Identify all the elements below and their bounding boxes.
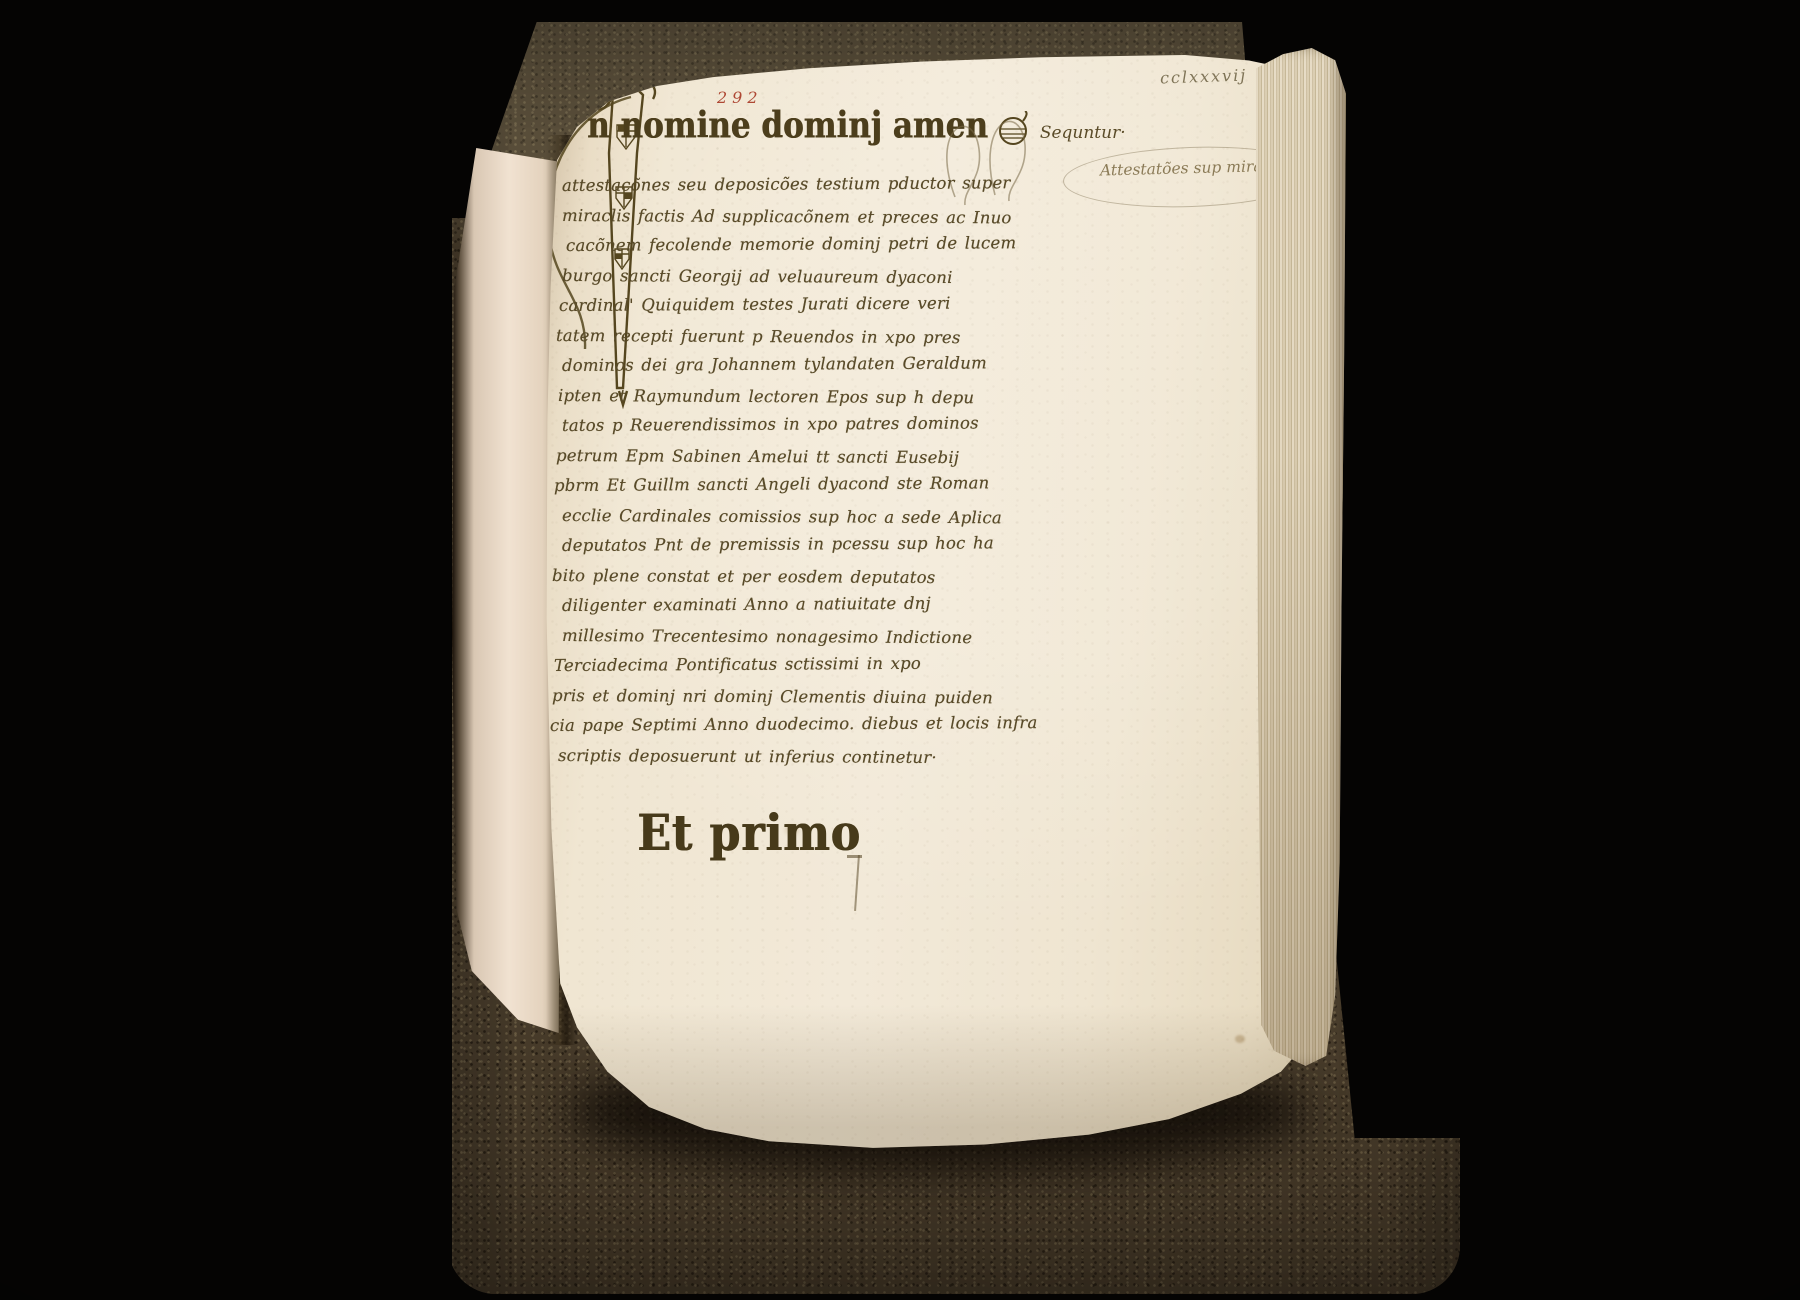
manuscript-page: cclxxxvij 292 Attestatões sup miraclis· [545, 55, 1345, 1160]
tironian-mark-icon [847, 855, 865, 913]
text-line: cacõnem fecolende memorie dominj petri d… [566, 228, 992, 261]
text-block: attestacõnes seu deposicões testium pduc… [562, 171, 992, 771]
text-line: scriptis deposuerunt ut inferius contine… [558, 741, 992, 773]
fore-edge [1256, 48, 1346, 1066]
text-line: cardinal' Quiquidem testes Jurati dicere… [559, 288, 992, 321]
text-line: diligenter examinati Anno a natiuitate d… [562, 588, 992, 621]
folio-number: cclxxxvij [1160, 65, 1248, 87]
text-line: cia pape Septimi Anno duodecimo. diebus … [550, 708, 992, 741]
text-line: Terciadecima Pontificatus sctissimi in x… [554, 648, 992, 681]
heading-line: n nomine dominj amen Sequntur· [587, 111, 1126, 147]
display-line-et-primo: Et primo [637, 805, 861, 862]
heading-tail-text: Sequntur· [1040, 123, 1126, 147]
text-line: pbrm Et Guillm sancti Angeli dyacond ste… [554, 468, 992, 501]
backdrop-left [0, 0, 452, 1300]
text-line: tatos p Reuerendissimos in xpo patres do… [562, 408, 992, 441]
manuscript-photo: cclxxxvij 292 Attestatões sup miraclis· [0, 0, 1800, 1300]
tironian-mark-stem [854, 855, 860, 911]
heading-display-text: n nomine dominj amen [587, 105, 988, 147]
text-line: attestacõnes seu deposicões testium pduc… [562, 168, 992, 201]
text-line: dominos dei gra Johannem tylandaten Gera… [562, 348, 992, 381]
ink-stain [1235, 1035, 1245, 1043]
text-line: deputatos Pnt de premissis in pcessu sup… [562, 528, 992, 561]
